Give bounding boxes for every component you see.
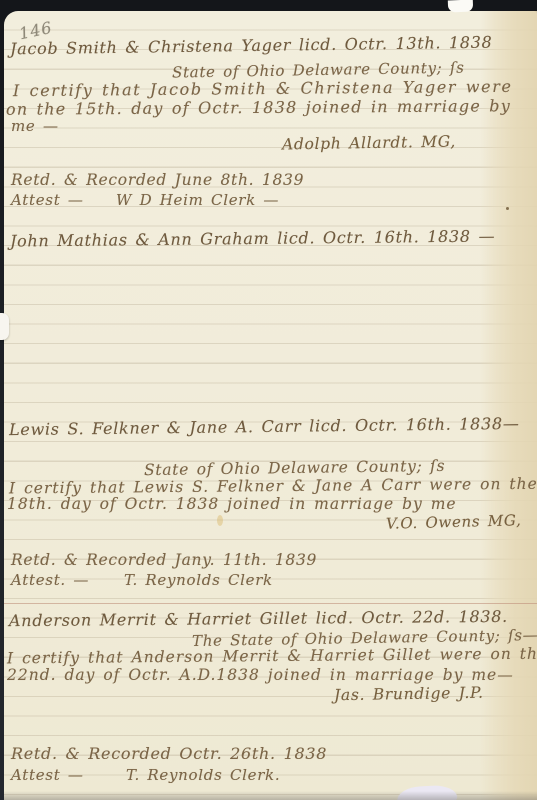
ledger-page: 146 Jacob Smith & Christena Yager licd. … [4,11,537,800]
entry-4-attest-name: T. Reynolds Clerk. [126,767,280,784]
entry-2-heading: John Mathias & Ann Graham licd. Octr. 16… [10,227,495,250]
entry-4-heading: Anderson Merrit & Harriet Gillet licd. O… [9,608,508,630]
entry-3-recorded: Retd. & Recorded Jany. 11th. 1839 [11,552,317,569]
entry-3-certify-line2: 18th. day of Octr. 1838 joined in marria… [7,496,457,513]
edge-tab [0,313,9,340]
entry-4-signature: Jas. Brundige J.P. [334,685,484,705]
entry-4-recorded: Retd. & Recorded Octr. 26th. 1838 [11,745,327,763]
entry-4-certify-line1: I certify that Anderson Merrit & Harriet… [7,646,537,668]
entry-1-attest-label: Attest — [11,192,84,209]
entry-3-attest-name: T. Reynolds Clerk [124,572,273,589]
ink-dot [506,207,509,210]
ruled-separator-line [4,603,537,604]
entry-1-attest-name: W D Heim Clerk — [116,192,279,209]
entry-1-signature: Adolph Allardt. MG, [282,133,456,153]
entry-1-certify-line3: me — [11,118,59,135]
bottom-artifact [397,784,458,800]
entry-3-attest-label: Attest. — [11,572,89,589]
entry-1-recorded: Retd. & Recorded June 8th. 1839 [11,172,304,189]
top-edge-notch [448,0,473,12]
entry-4-attest-label: Attest — [11,767,84,784]
entry-3-heading: Lewis S. Felkner & Jane A. Carr licd. Oc… [9,415,520,439]
entry-1-heading: Jacob Smith & Christena Yager licd. Octr… [10,34,493,58]
stain-spot [217,515,223,526]
entry-4-certify-line2: 22nd. day of Octr. A.D.1838 joined in ma… [7,667,514,684]
entry-3-signature: V.O. Owens MG, [386,512,522,532]
entry-1-certify-line2: on the 15th. day of Octr. 1838 joined in… [6,97,511,118]
